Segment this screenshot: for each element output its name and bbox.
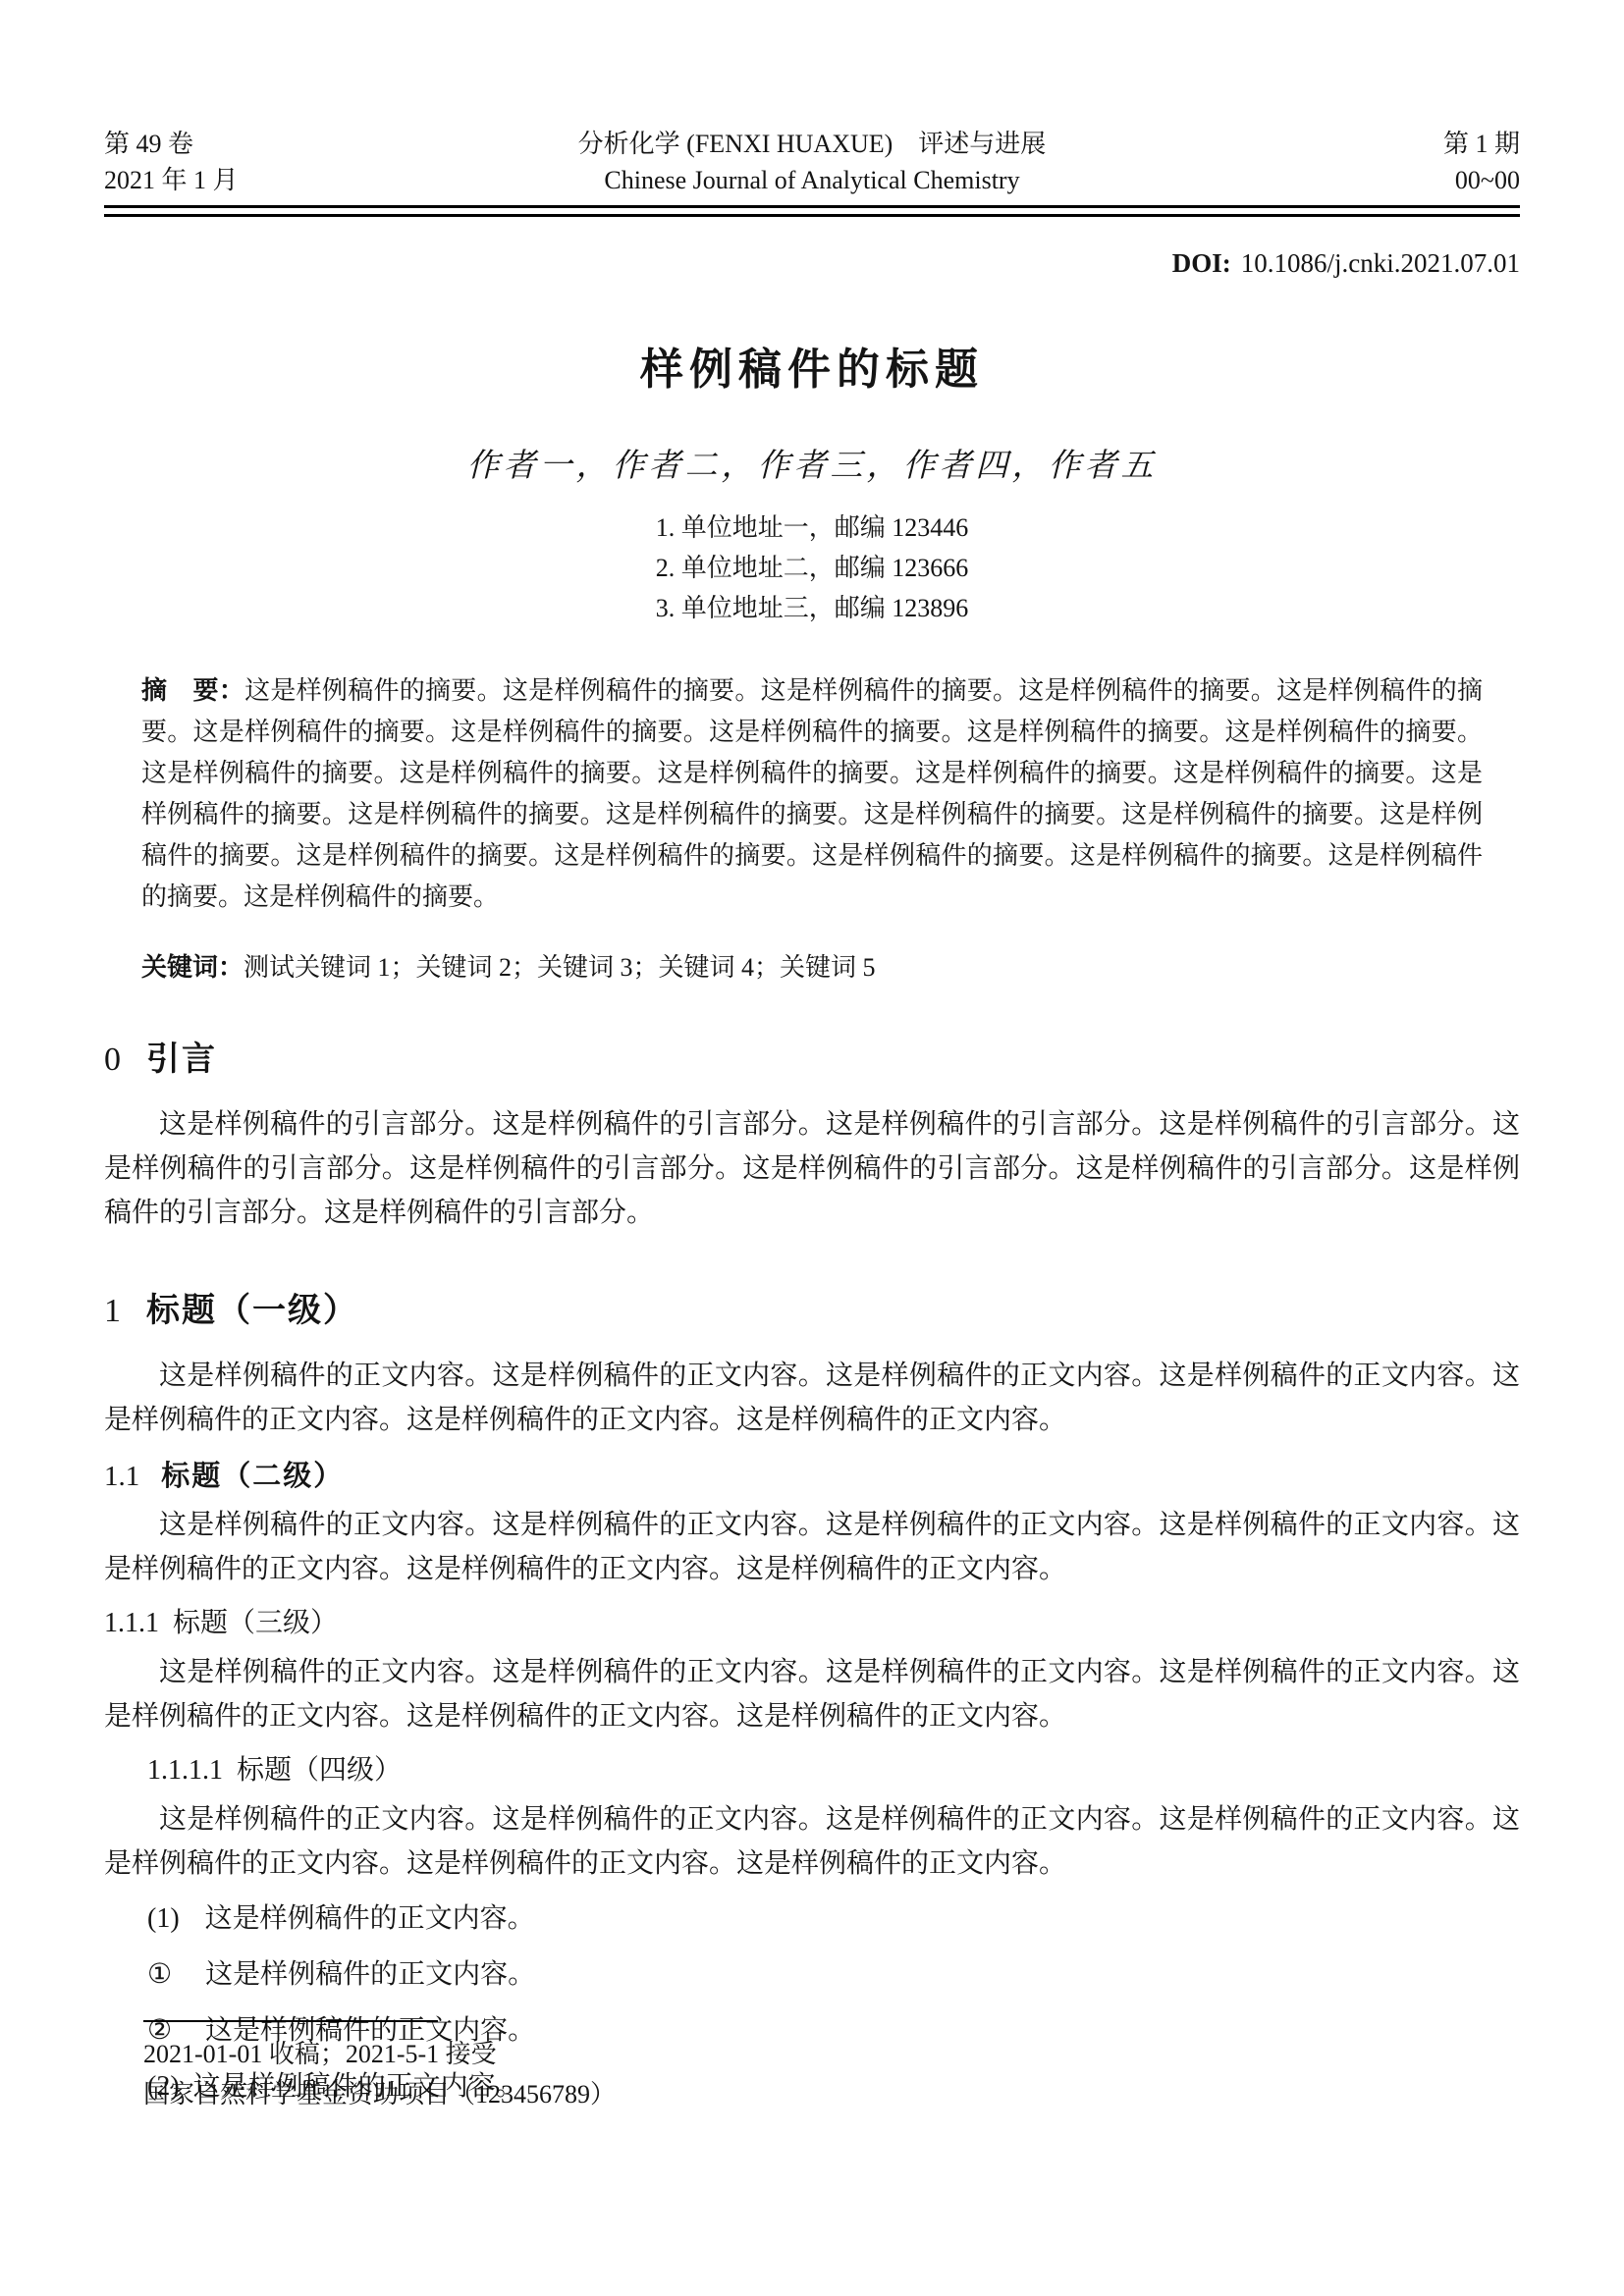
- footnote-rule: [143, 2020, 438, 2022]
- running-head-row-2: 2021 年 1 月 Chinese Journal of Analytical…: [104, 162, 1520, 198]
- abstract-paragraph: 摘 要：这是样例稿件的摘要。这是样例稿件的摘要。这是样例稿件的摘要。这是样例稿件…: [141, 669, 1483, 918]
- footnote-received-line: 2021-01-01 收稿；2021-5-1 接受: [143, 2034, 616, 2074]
- article-title: 样例稿件的标题: [104, 334, 1520, 397]
- section-heading-1: 1标题（一级）: [104, 1288, 1520, 1334]
- section-heading-1-1-1-1: 1.1.1.1标题（四级）: [147, 1750, 1520, 1791]
- section-heading-0: 0引言: [104, 1037, 1520, 1083]
- intro-paragraph: 这是样例稿件的引言部分。这是样例稿件的引言部分。这是样例稿件的引言部分。这是样例…: [104, 1102, 1520, 1235]
- section-number: 1.1.1: [104, 1608, 159, 1638]
- footnote-funding-line: 国家自然科学基金资助项目（123456789）: [143, 2074, 616, 2114]
- doi-label: DOI:: [1172, 248, 1231, 278]
- keywords-label: 关键词：: [141, 952, 244, 982]
- affiliation-3: 3. 单位地址三，邮编 123896: [104, 588, 1520, 628]
- doi-value: 10.1086/j.cnki.2021.07.01: [1241, 248, 1520, 278]
- section-number: 1.1.1.1: [147, 1755, 223, 1786]
- abstract-label: 摘 要：: [141, 675, 244, 705]
- issue-label: 第 1 期: [1294, 126, 1520, 162]
- volume-label: 第 49 卷: [104, 126, 330, 162]
- section-title: 标题（三级）: [173, 1608, 338, 1638]
- section-number: 1: [104, 1293, 121, 1329]
- affiliation-2: 2. 单位地址二，邮编 123666: [104, 548, 1520, 588]
- header-double-rule: [104, 205, 1520, 217]
- section-heading-1-1: 1.1标题（二级）: [104, 1456, 1520, 1497]
- body-paragraph: 这是样例稿件的正文内容。这是样例稿件的正文内容。这是样例稿件的正文内容。这是样例…: [104, 1354, 1520, 1442]
- abstract-text: 这是样例稿件的摘要。这是样例稿件的摘要。这是样例稿件的摘要。这是样例稿件的摘要。…: [141, 676, 1483, 911]
- doi-line: DOI:10.1086/j.cnki.2021.07.01: [104, 248, 1520, 279]
- body-paragraph: 这是样例稿件的正文内容。这是样例稿件的正文内容。这是样例稿件的正文内容。这是样例…: [104, 1650, 1520, 1738]
- list-marker: ①: [147, 1959, 172, 1990]
- keywords-text: 测试关键词 1；关键词 2；关键词 3；关键词 4；关键词 5: [244, 953, 876, 982]
- list-text: 这是样例稿件的正文内容。: [205, 1903, 535, 1934]
- journal-name-cn: 分析化学 (FENXI HUAXUE) 评述与进展: [330, 126, 1294, 162]
- body-paragraph: 这是样例稿件的正文内容。这是样例稿件的正文内容。这是样例稿件的正文内容。这是样例…: [104, 1503, 1520, 1591]
- keywords-line: 关键词：测试关键词 1；关键词 2；关键词 3；关键词 4；关键词 5: [141, 947, 1483, 984]
- affiliation-list: 1. 单位地址一，邮编 123446 2. 单位地址二，邮编 123666 3.…: [104, 507, 1520, 628]
- list-item: (1)这是样例稿件的正文内容。: [147, 1897, 1520, 1941]
- section-title: 标题（四级）: [237, 1755, 402, 1786]
- footnote-block: 2021-01-01 收稿；2021-5-1 接受 国家自然科学基金资助项目（1…: [143, 2020, 616, 2114]
- page-range-label: 00~00: [1294, 162, 1520, 198]
- section-number: 1.1: [104, 1461, 139, 1492]
- section-number: 0: [104, 1041, 121, 1078]
- body-paragraph: 这是样例稿件的正文内容。这是样例稿件的正文内容。这是样例稿件的正文内容。这是样例…: [104, 1797, 1520, 1886]
- section-heading-1-1-1: 1.1.1标题（三级）: [104, 1603, 1520, 1644]
- section-title: 标题（二级）: [161, 1461, 344, 1492]
- list-marker: (1): [147, 1903, 180, 1934]
- section-title: 引言: [146, 1041, 217, 1078]
- journal-name-en: Chinese Journal of Analytical Chemistry: [330, 162, 1294, 198]
- list-text: 这是样例稿件的正文内容。: [205, 1959, 535, 1990]
- list-item: ①这是样例稿件的正文内容。: [147, 1953, 1520, 1997]
- section-title: 标题（一级）: [146, 1292, 358, 1329]
- affiliation-1: 1. 单位地址一，邮编 123446: [104, 507, 1520, 548]
- journal-page: CNKI 第 49 卷 分析化学 (FENXI HUAXUE) 评述与进展 第 …: [0, 0, 1624, 2296]
- running-head-row-1: 第 49 卷 分析化学 (FENXI HUAXUE) 评述与进展 第 1 期: [104, 126, 1520, 162]
- date-label: 2021 年 1 月: [104, 162, 330, 198]
- author-list: 作者一，作者二，作者三，作者四，作者五: [104, 440, 1520, 486]
